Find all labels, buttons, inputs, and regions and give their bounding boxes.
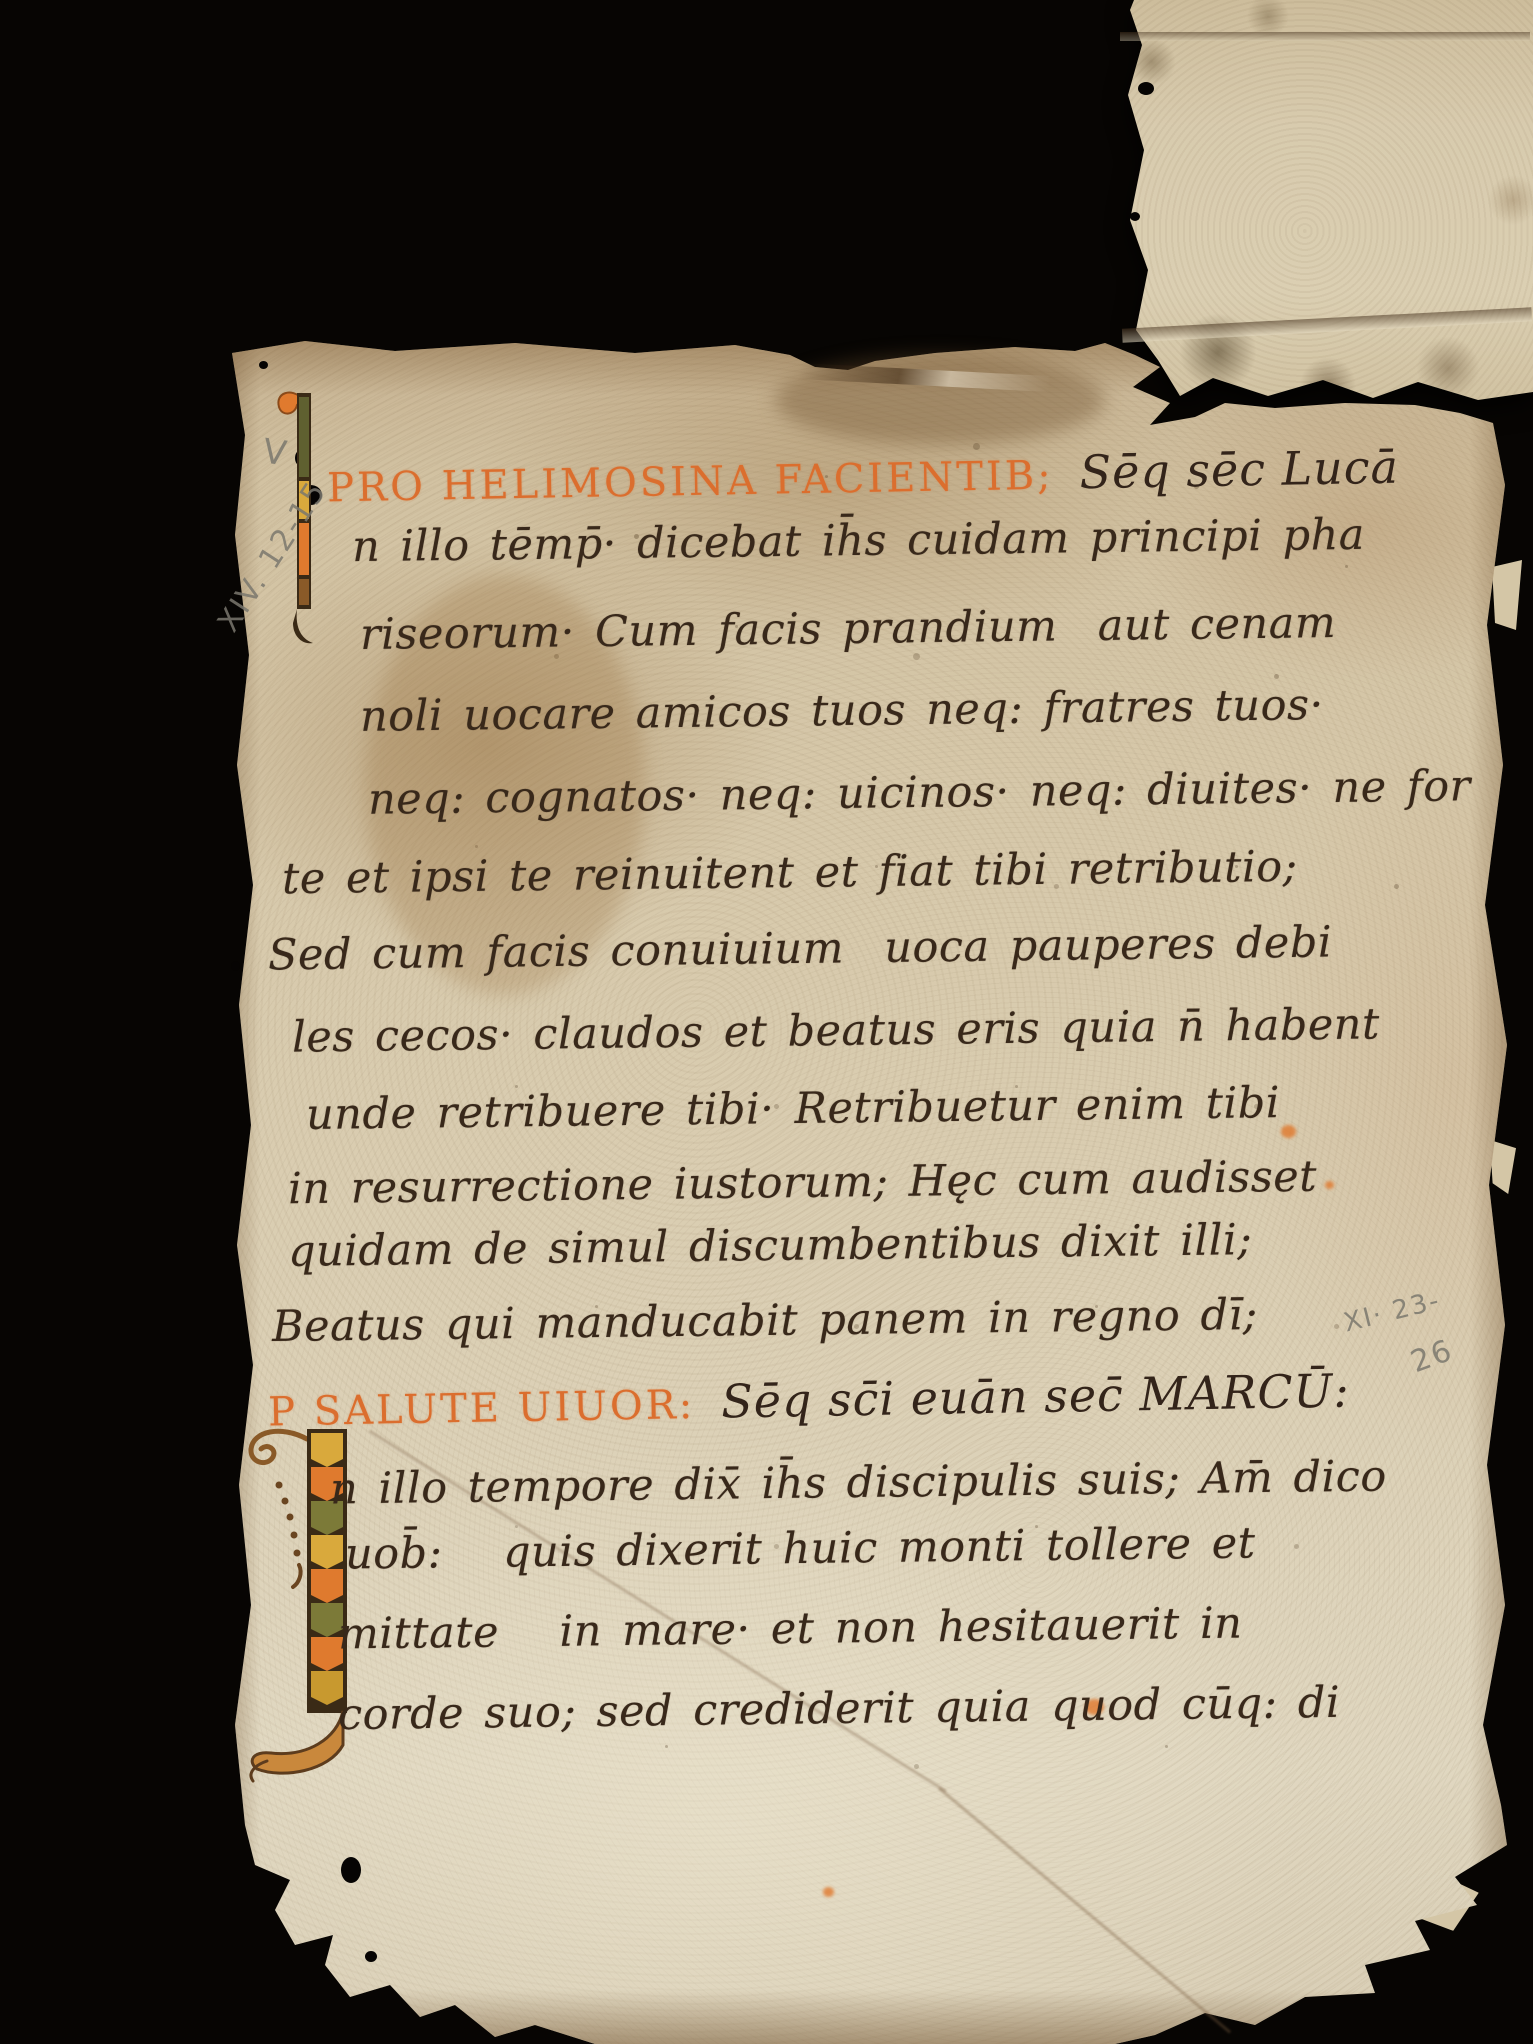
text-line-mark-4: corde suo; sed crediderit quia quod cūq:… [338,1682,1341,1737]
text-line-luke-5: te et ipsi te reinuitent et fiat tibi re… [282,846,1298,901]
worm-hole [341,1857,361,1883]
worm-hole [1130,212,1140,221]
manuscript-photo: PRO HELIMOSINA FACIENTIB; Sēq sēc Lucā n… [0,0,1533,2044]
text-line-luke-10: quidam de simul discumbentibus dixit ill… [288,1219,1253,1274]
rubric-mark: P SALUTE UIUOR: [268,1382,696,1435]
text-line-luke-1: n illo tēmp̄· dicebat ih̄s cuidam princi… [352,514,1365,569]
text-line-luke-3: noli uocare amicos tuos neq: fratres tuo… [360,684,1324,739]
worm-hole [365,1951,377,1962]
incipit-luke: Sēq sēc Lucā [1079,444,1399,496]
text-line-luke-8: unde retribuere tibi· Retribuetur enim t… [306,1082,1280,1137]
worm-hole [1138,82,1154,95]
text-line-luke-6: Sed cum facis conuiuium uoca pauperes de… [268,922,1333,978]
text-line-mark-3: mittate in mare· et non hesitauerit in [338,1602,1243,1656]
text-line-mark-2: uob̄: quis dixerit huic monti tollere et [345,1522,1256,1576]
text-line-mark-1: n illo tempore dix̄ ih̄s discipulis suis… [330,1456,1387,1512]
text-line-luke-2: riseorum· Cum facis prandium aut cenam [360,602,1337,657]
incipit-mark: Sēq sc̄i euān sec̄ MARCŪ: [721,1368,1350,1425]
worm-hole [231,961,240,971]
text-line-luke-4: neq: cognatos· neq: uicinos· neq: diuite… [368,765,1471,821]
text-line-luke-9: in resurrectione iustorum; Hęc cum audis… [288,1156,1317,1212]
orange-stain-spot [1325,1181,1334,1189]
text-line-luke-11: Beatus qui manducabit panem in regno dī; [272,1294,1258,1349]
fragment-fold-crease [1120,32,1530,41]
parchment-specks [215,325,218,328]
manuscript-page: PRO HELIMOSINA FACIENTIB; Sēq sēc Lucā n… [215,325,1515,2044]
orange-stain-spot [823,1887,834,1897]
text-line-luke-7: les cecos· claudos et beatus eris quia n… [292,1003,1380,1059]
worm-hole [259,361,268,369]
orange-stain-spot [1281,1125,1296,1138]
